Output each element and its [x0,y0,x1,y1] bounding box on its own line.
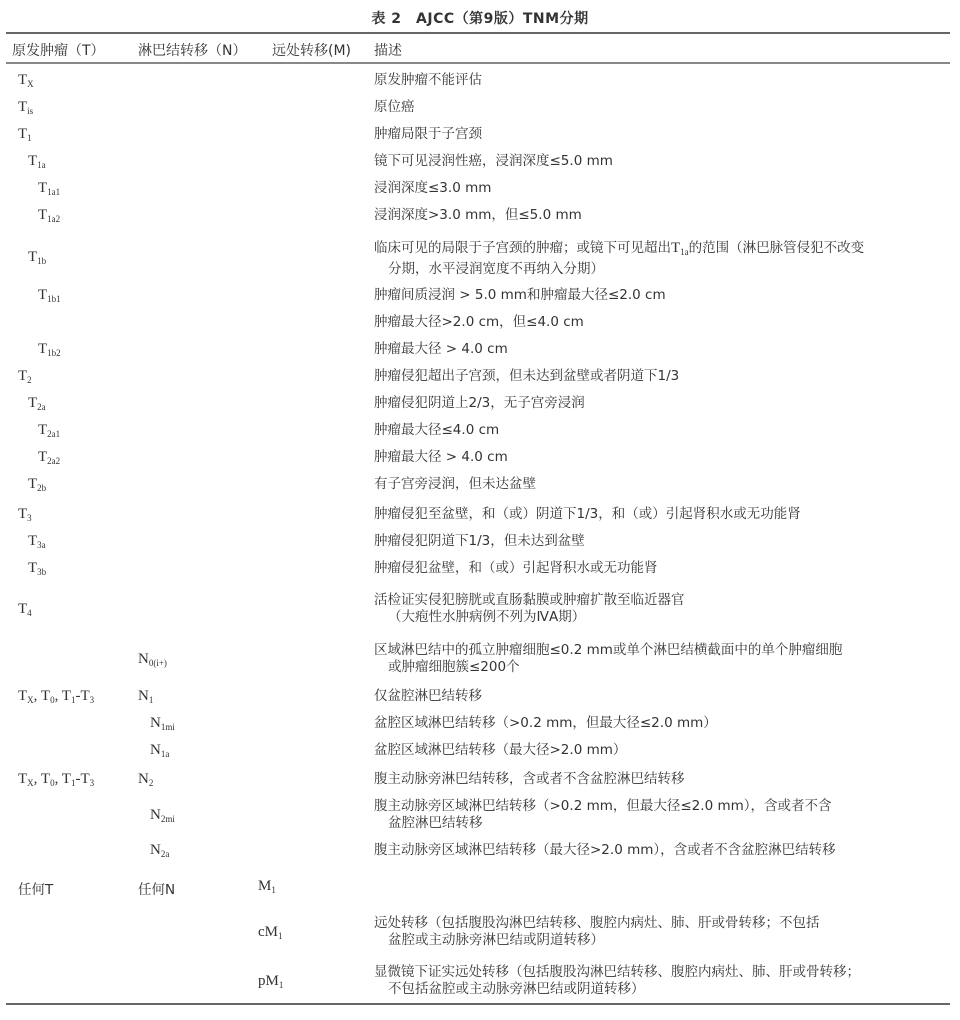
table-top-rule [6,32,950,34]
description-continuation: 分期，水平浸润宽度不再纳入分期） [374,261,954,278]
n-code: N2mi [150,807,175,823]
description: 盆腔区域淋巴结转移（最大径>2.0 mm） [374,742,954,759]
t-stage: T2b [28,476,46,493]
description-continuation: 盆腔或主动脉旁淋巴结或阴道转移） [374,932,954,949]
t-stage: T1a2 [38,207,60,224]
t-code: T1b1 [38,287,61,303]
m-stage: cM1 [258,924,283,941]
n-stage: N0(i+) [138,651,167,668]
description: 肿瘤侵犯阴道下1/3，但未达到盆壁 [374,533,954,550]
n-stage-group: 任何N [138,878,175,898]
n-stage: N1a [150,742,169,759]
t-stage: T2 [18,368,32,385]
t-stage-group: 任何T [18,878,53,898]
t-stage: T1 [18,126,32,143]
description-continuation: （大疱性水肿病例不列为ⅣA期） [374,609,954,626]
description-continuation: 不包括盆腔或主动脉旁淋巴结或阴道转移） [374,981,954,998]
description: 活检证实侵犯膀胱或直肠黏膜或肿瘤扩散至临近器官（大疱性水肿病例不列为ⅣA期） [374,592,954,626]
t-code: T4 [18,601,32,617]
t-stage: T3a [28,533,46,550]
description: 肿瘤间质浸润 > 5.0 mm和肿瘤最大径≤2.0 cm [374,287,954,304]
t-code: T1a1 [38,180,60,196]
n-code: N0(i+) [138,651,167,667]
n-code: N2 [138,771,153,787]
t-code: T3 [18,506,32,522]
description: 显微镜下证实远处转移（包括腹股沟淋巴结转移、腹腔内病灶、肺、肝或骨转移；不包括盆… [374,964,954,998]
n-stage: N1mi [150,715,175,732]
description: 肿瘤最大径 > 4.0 cm [374,341,954,358]
description: 肿瘤侵犯超出子宫颈，但未达到盆壁或者阴道下1/3 [374,368,954,385]
description: 肿瘤侵犯阴道上2/3，无子宫旁浸润 [374,395,954,412]
t-stage: Tis [18,99,33,116]
n-code: N1 [138,688,153,704]
description: 镜下可见浸润性癌，浸润深度≤5.0 mm [374,153,954,170]
t-stage: T2a2 [38,449,60,466]
t-stage: T1a1 [38,180,60,197]
header-desc: 描述 [374,40,402,60]
header-m: 远处转移(M) [272,40,351,60]
t-stage: T1b [28,249,46,266]
description: 腹主动脉旁区域淋巴结转移（最大径>2.0 mm），含或者不含盆腔淋巴结转移 [374,842,954,859]
description: 肿瘤局限于子宫颈 [374,126,954,143]
description: 区域淋巴结中的孤立肿瘤细胞≤0.2 mm或单个淋巴结横截面中的单个肿瘤细胞或肿瘤… [374,642,954,676]
description: 肿瘤侵犯盆壁，和（或）引起肾积水或无功能肾 [374,560,954,577]
t-stage: TX [18,72,34,89]
n-stage: N2a [150,842,169,859]
description: 原位癌 [374,99,954,116]
description: 原发肿瘤不能评估 [374,72,954,89]
n-code: N1mi [150,715,175,731]
t-stage: T4 [18,601,32,618]
description: 肿瘤最大径 > 4.0 cm [374,449,954,466]
description: 肿瘤侵犯至盆壁，和（或）阴道下1/3，和（或）引起肾积水或无功能肾 [374,506,954,523]
description: 临床可见的局限于子宫颈的肿瘤；或镜下可见超出T1a的范围（淋巴脉管侵犯不改变分期… [374,240,954,278]
description: 浸润深度≤3.0 mm [374,180,954,197]
t-stage: T1b2 [38,341,61,358]
description: 腹主动脉旁淋巴结转移，含或者不含盆腔淋巴结转移 [374,771,954,788]
m-code: M1 [258,878,276,894]
t-code: T2 [18,368,32,384]
description: 浸润深度>3.0 mm，但≤5.0 mm [374,207,954,224]
description: 肿瘤最大径>2.0 cm，但≤4.0 cm [374,314,954,331]
t-code: T2b [28,476,46,492]
description: 盆腔区域淋巴结转移（>0.2 mm，但最大径≤2.0 mm） [374,715,954,732]
t-code: T1b [28,249,46,265]
t-code: T1 [18,126,32,142]
description: 远处转移（包括腹股沟淋巴结转移、腹腔内病灶、肺、肝或骨转移；不包括盆腔或主动脉旁… [374,915,954,949]
t-code: T2a1 [38,422,60,438]
description: 有子宫旁浸润，但未达盆壁 [374,476,954,493]
description: 仅盆腔淋巴结转移 [374,688,954,705]
t-code: T1a [28,153,46,169]
n-stage: N1 [138,688,153,705]
header-t: 原发肿瘤（T） [12,40,105,60]
m-stage: M1 [258,878,276,895]
t-stage: T3b [28,560,46,577]
m-stage: pM1 [258,973,283,990]
t-code: T2a [28,395,46,411]
t-code: T2a2 [38,449,60,465]
t-stage-group: TX, T0, T1-T3 [18,688,94,705]
table-caption: 表 2 AJCC（第9版）TNM分期 [0,8,960,28]
table-bottom-rule [6,1003,950,1005]
n-code: N2a [150,842,169,858]
header-rule [6,62,950,64]
t-stage: T2a [28,395,46,412]
t-stage: T1a [28,153,46,170]
description-continuation: 盆腔淋巴结转移 [374,815,954,832]
t-stage: T2a1 [38,422,60,439]
t-stage: T3 [18,506,32,523]
m-code: cM1 [258,924,283,940]
description: 肿瘤最大径≤4.0 cm [374,422,954,439]
t-code: T1a2 [38,207,60,223]
t-code: T3b [28,560,46,576]
n-stage: N2 [138,771,153,788]
n-stage: N2mi [150,807,175,824]
t-code: T3a [28,533,46,549]
description: 腹主动脉旁区域淋巴结转移（>0.2 mm，但最大径≤2.0 mm），含或者不含盆… [374,798,954,832]
description-continuation: 或肿瘤细胞簇≤200个 [374,659,954,676]
t-stage-group: TX, T0, T1-T3 [18,771,94,788]
m-code: pM1 [258,973,283,989]
t-code: TX [18,72,34,88]
t-code: Tis [18,99,33,115]
header-n: 淋巴结转移（N） [138,40,246,60]
t-stage: T1b1 [38,287,61,304]
t-code: T1b2 [38,341,61,357]
n-code: N1a [150,742,169,758]
